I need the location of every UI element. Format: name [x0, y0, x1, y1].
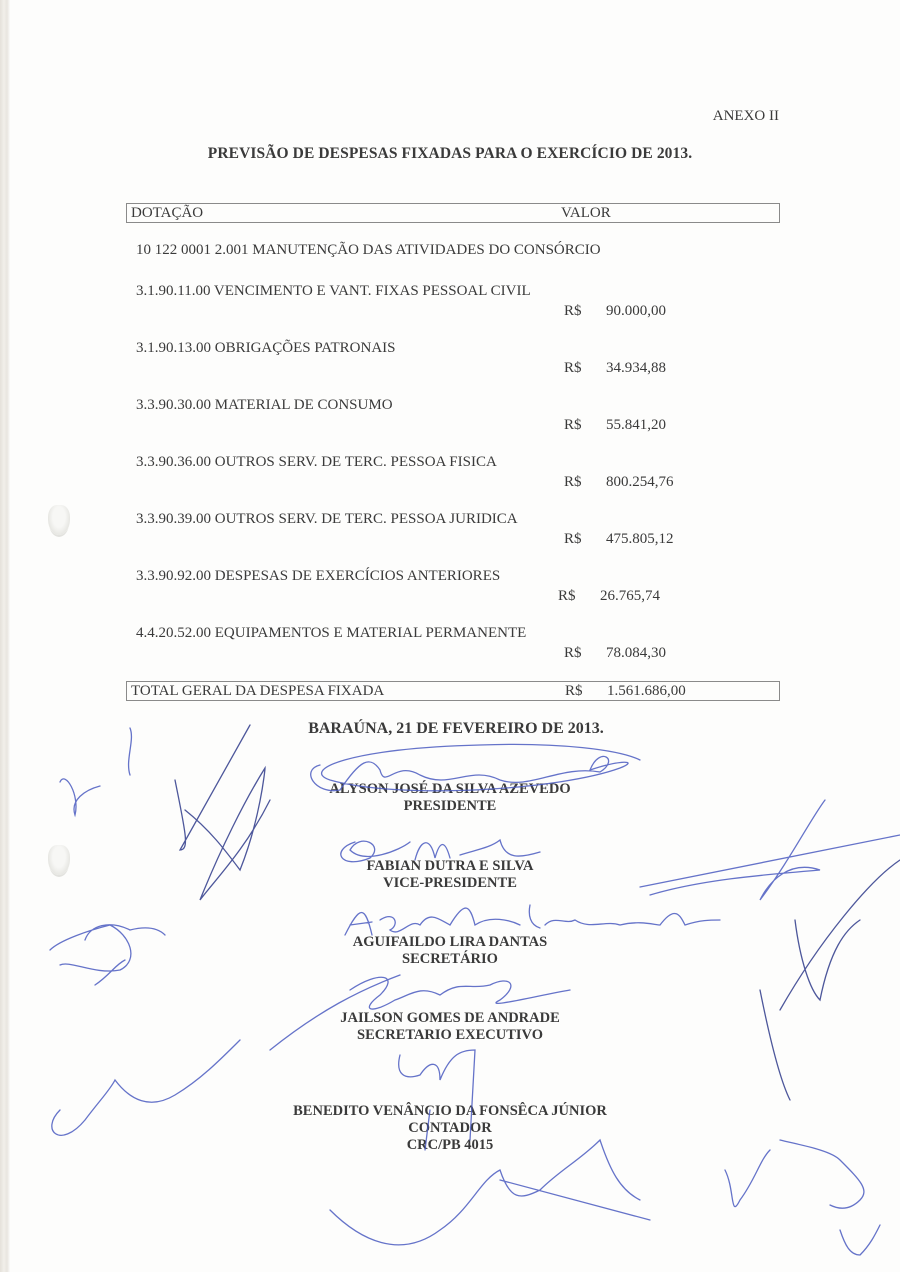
total-value: 1.561.686,00	[607, 682, 686, 700]
row-value: 90.000,00	[606, 303, 666, 320]
signatory-name: JAILSON GOMES DE ANDRADE	[0, 1010, 900, 1027]
table-row: 4.4.20.52.00 EQUIPAMENTOS E MATERIAL PER…	[136, 625, 776, 673]
document-title: PREVISÃO DE DESPESAS FIXADAS PARA O EXER…	[0, 145, 900, 163]
row-currency: R$	[564, 645, 582, 662]
annex-label: ANEXO II	[713, 108, 779, 125]
row-description: 3.3.90.92.00 DESPESAS DE EXERCÍCIOS ANTE…	[136, 568, 500, 585]
row-description: 3.3.90.36.00 OUTROS SERV. DE TERC. PESSO…	[136, 454, 497, 471]
total-currency: R$	[565, 682, 583, 700]
row-description: 3.1.90.13.00 OBRIGAÇÕES PATRONAIS	[136, 340, 395, 357]
header-dotacao: DOTAÇÃO	[131, 204, 203, 222]
row-currency: R$	[564, 474, 582, 491]
signatory-accountant: BENEDITO VENÂNCIO DA FONSÊCA JÚNIOR CONT…	[0, 1103, 900, 1154]
row-currency: R$	[564, 417, 582, 434]
row-value: 26.765,74	[600, 588, 660, 605]
row-description: 3.3.90.39.00 OUTROS SERV. DE TERC. PESSO…	[136, 511, 518, 528]
signatory-role: SECRETARIO EXECUTIVO	[0, 1027, 900, 1044]
place-date: BARAÚNA, 21 DE FEVEREIRO DE 2013.	[0, 720, 900, 738]
signatory-secretary: AGUIFAILDO LIRA DANTAS SECRETÁRIO	[0, 934, 900, 968]
total-label: TOTAL GERAL DA DESPESA FIXADA	[131, 682, 384, 700]
signatory-role: SECRETÁRIO	[0, 951, 900, 968]
page-binding-edge	[0, 0, 10, 1272]
row-value: 34.934,88	[606, 360, 666, 377]
punch-hole	[48, 505, 70, 535]
signatory-role: VICE-PRESIDENTE	[0, 875, 900, 892]
row-value: 800.254,76	[606, 474, 674, 491]
signatory-name: ALYSON JOSÉ DA SILVA AZEVEDO	[0, 781, 900, 798]
table-row: 3.3.90.30.00 MATERIAL DE CONSUMO R$ 55.8…	[136, 397, 776, 445]
row-value: 55.841,20	[606, 417, 666, 434]
table-row: 3.1.90.11.00 VENCIMENTO E VANT. FIXAS PE…	[136, 283, 776, 331]
signatory-vice-president: FABIAN DUTRA E SILVA VICE-PRESIDENTE	[0, 858, 900, 892]
program-line: 10 122 0001 2.001 MANUTENÇÃO DAS ATIVIDA…	[136, 242, 601, 259]
table-header: DOTAÇÃO VALOR	[126, 203, 780, 223]
row-description: 3.3.90.30.00 MATERIAL DE CONSUMO	[136, 397, 393, 414]
signatory-role: PRESIDENTE	[0, 798, 900, 815]
signatory-name: AGUIFAILDO LIRA DANTAS	[0, 934, 900, 951]
row-currency: R$	[564, 303, 582, 320]
table-row: 3.1.90.13.00 OBRIGAÇÕES PATRONAIS R$ 34.…	[136, 340, 776, 388]
table-row: 3.3.90.39.00 OUTROS SERV. DE TERC. PESSO…	[136, 511, 776, 559]
signatory-registration: CRC/PB 4015	[0, 1137, 900, 1154]
row-value: 475.805,12	[606, 531, 674, 548]
row-description: 3.1.90.11.00 VENCIMENTO E VANT. FIXAS PE…	[136, 283, 531, 300]
signatory-executive-secretary: JAILSON GOMES DE ANDRADE SECRETARIO EXEC…	[0, 1010, 900, 1044]
table-row: 3.3.90.92.00 DESPESAS DE EXERCÍCIOS ANTE…	[136, 568, 776, 616]
row-value: 78.084,30	[606, 645, 666, 662]
header-valor: VALOR	[561, 204, 611, 222]
signatory-role: CONTADOR	[0, 1120, 900, 1137]
row-currency: R$	[564, 531, 582, 548]
row-currency: R$	[564, 360, 582, 377]
row-description: 4.4.20.52.00 EQUIPAMENTOS E MATERIAL PER…	[136, 625, 526, 642]
signatory-president: ALYSON JOSÉ DA SILVA AZEVEDO PRESIDENTE	[0, 781, 900, 815]
signatory-name: BENEDITO VENÂNCIO DA FONSÊCA JÚNIOR	[0, 1103, 900, 1120]
table-row: 3.3.90.36.00 OUTROS SERV. DE TERC. PESSO…	[136, 454, 776, 502]
row-currency: R$	[558, 588, 576, 605]
total-row: TOTAL GERAL DA DESPESA FIXADA R$ 1.561.6…	[126, 681, 780, 701]
signatory-name: FABIAN DUTRA E SILVA	[0, 858, 900, 875]
